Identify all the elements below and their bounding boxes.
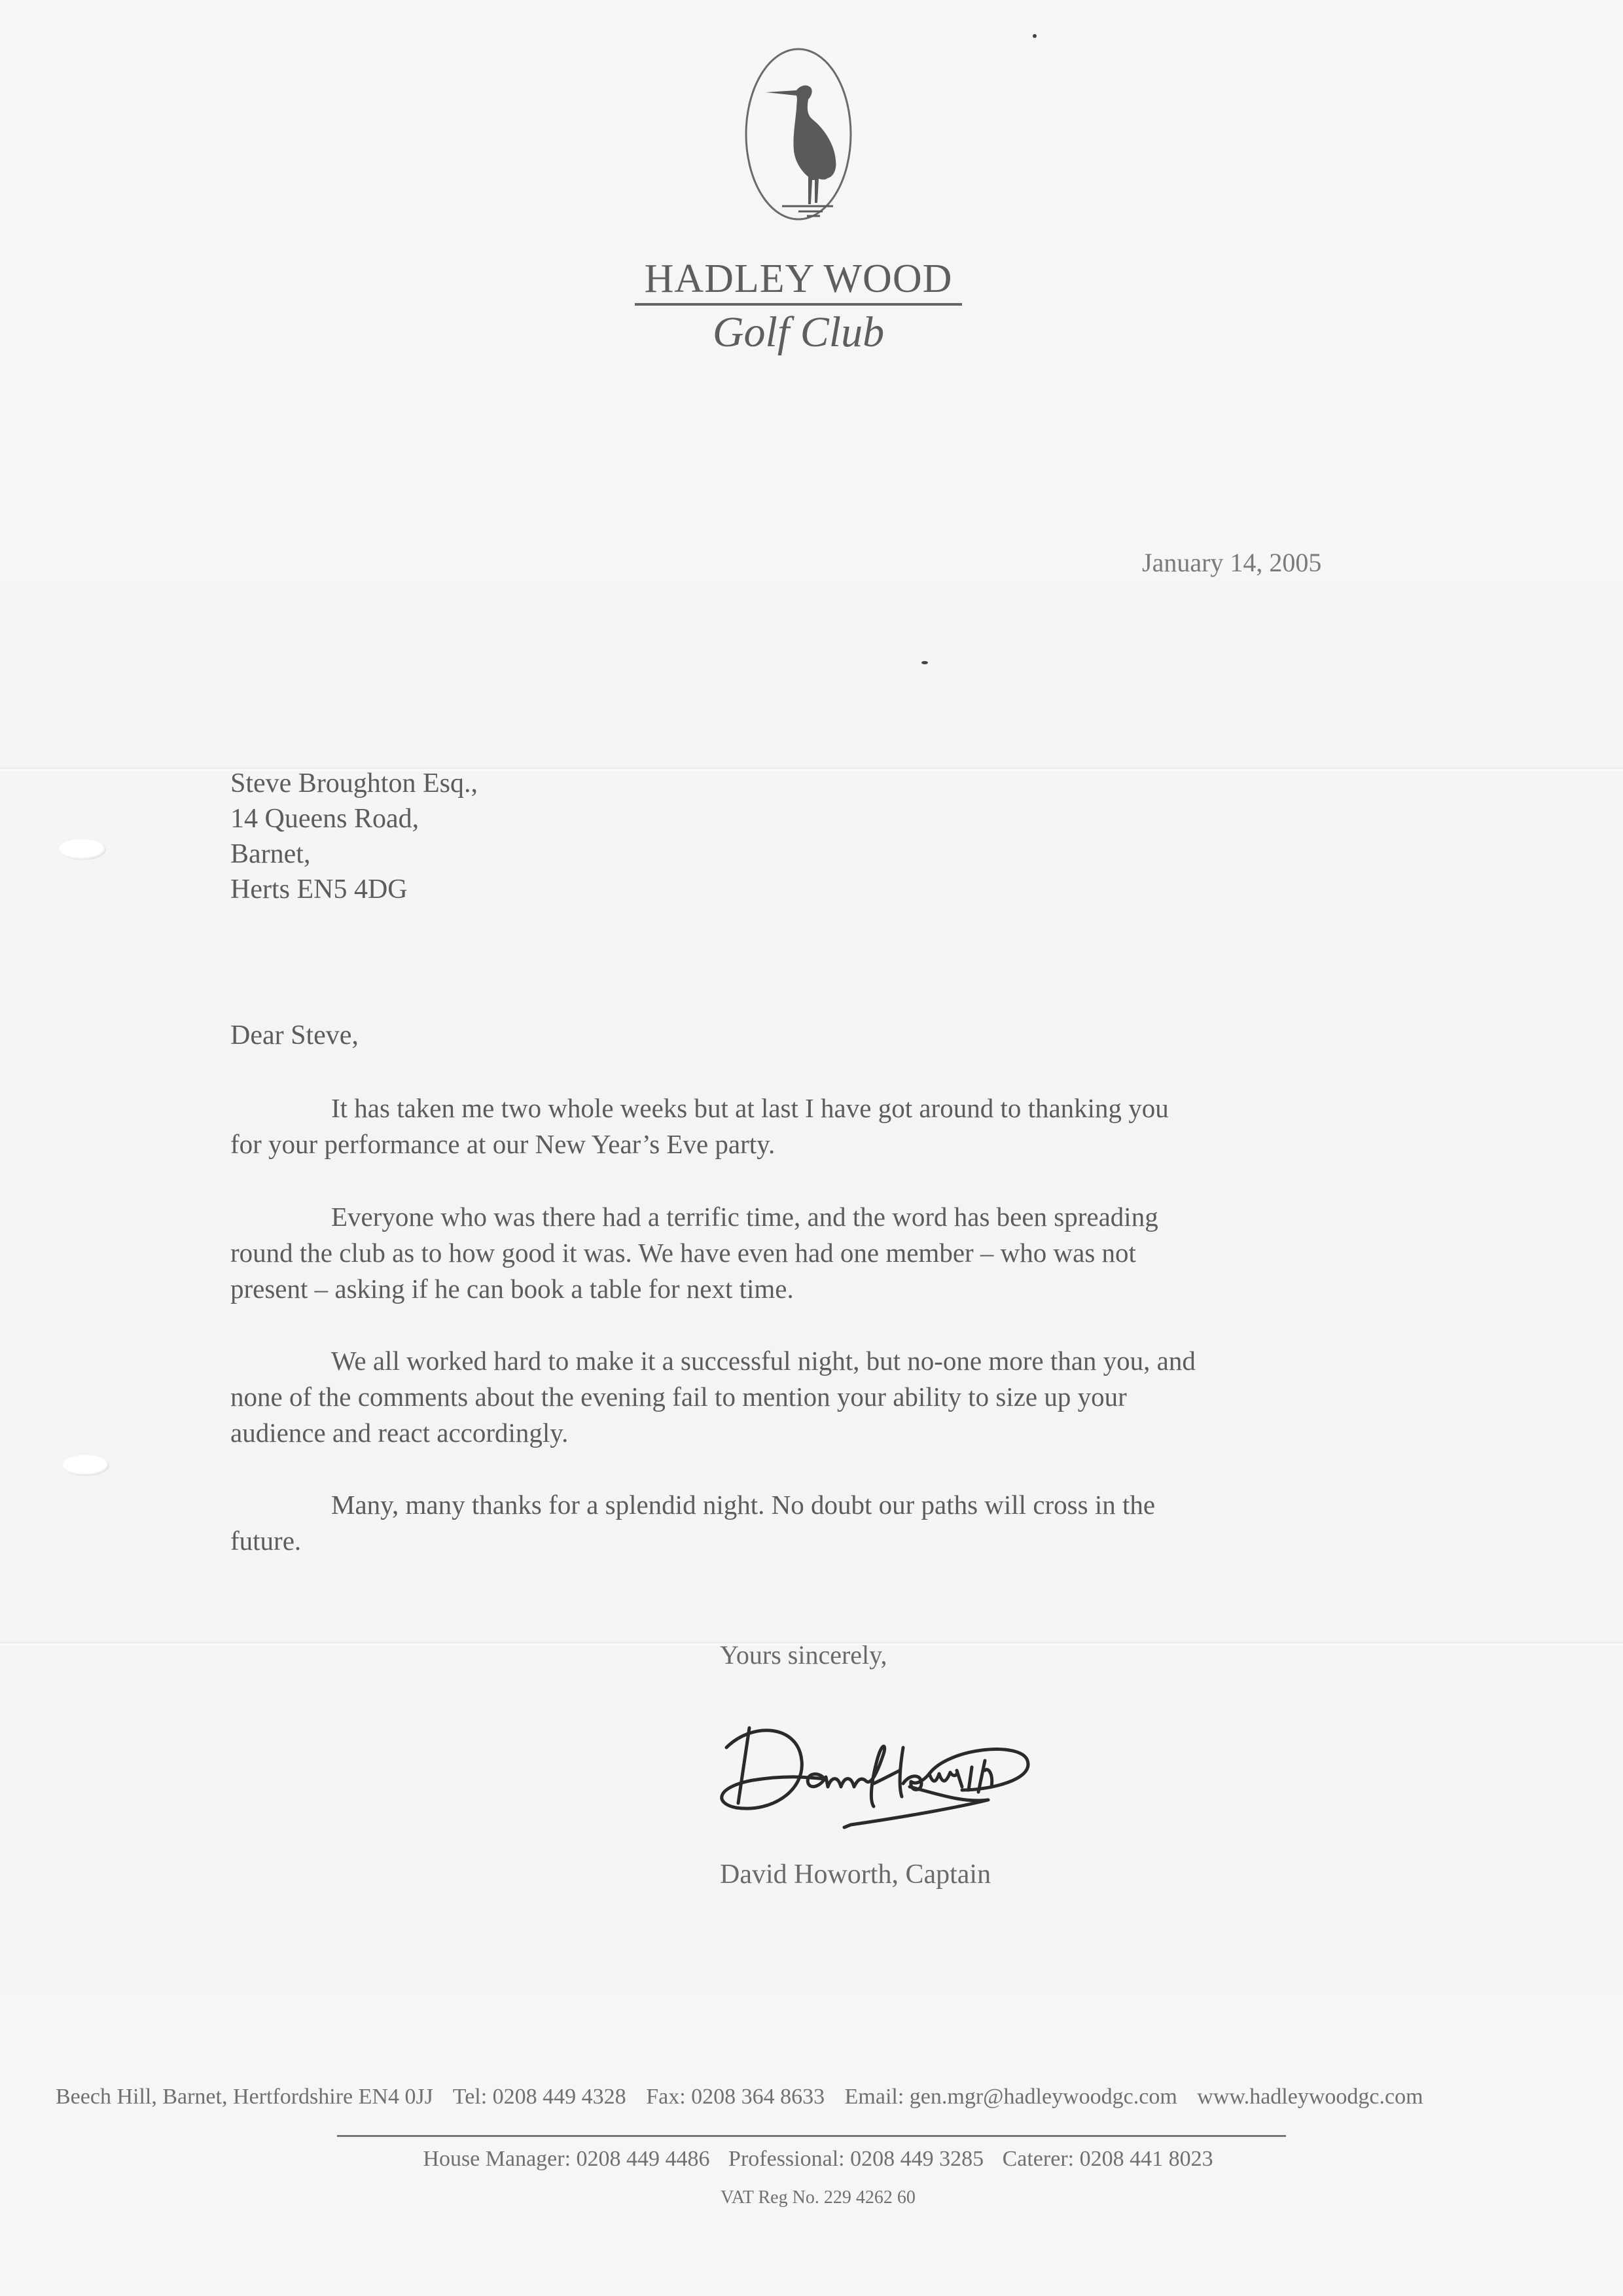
punch-hole — [59, 839, 106, 860]
footer-email: Email: gen.mgr@hadleywoodgc.com — [845, 2085, 1177, 2109]
paragraph-2: Everyone who was there had a terrific ti… — [230, 1199, 1330, 1307]
paragraph-3: We all worked hard to make it a successf… — [230, 1343, 1330, 1451]
punch-hole — [62, 1455, 109, 1476]
handwritten-signature-icon — [713, 1708, 1080, 1839]
footer-address: Beech Hill, Barnet, Hertfordshire EN4 0J… — [56, 2085, 433, 2109]
paragraph-line: We all worked hard to make it a successf… — [230, 1343, 1330, 1379]
paragraph-line: round the club as to how good it was. We… — [230, 1235, 1330, 1271]
footer-fax: Fax: 0208 364 8633 — [646, 2085, 825, 2109]
footer-tel: Tel: 0208 449 4328 — [453, 2085, 626, 2109]
paragraph-line: future. — [230, 1523, 1330, 1559]
footer-professional: Professional: 0208 449 3285 — [728, 2147, 984, 2171]
address-line: Barnet, — [230, 836, 478, 872]
letter-page: HADLEY WOOD Golf Club January 14, 2005 S… — [0, 0, 1623, 2296]
footer-vat: VAT Reg No. 229 4262 60 — [360, 2187, 1276, 2208]
paragraph-line: none of the comments about the evening f… — [230, 1379, 1330, 1415]
paragraph-1: It has taken me two whole weeks but at l… — [230, 1090, 1330, 1162]
heron-in-oval-icon — [743, 46, 854, 223]
signatory-name: David Howorth, Captain — [720, 1859, 991, 1890]
paragraph-line: audience and react accordingly. — [230, 1415, 1330, 1451]
footer-divider — [337, 2135, 1286, 2137]
club-name: HADLEY WOOD — [635, 259, 962, 306]
paragraph-4: Many, many thanks for a splendid night. … — [230, 1487, 1330, 1559]
address-line: Steve Broughton Esq., — [230, 766, 478, 801]
closing: Yours sincerely, — [720, 1640, 887, 1670]
club-subtitle: Golf Club — [687, 311, 910, 354]
paragraph-line: Many, many thanks for a splendid night. … — [230, 1487, 1330, 1523]
footer-caterer: Caterer: 0208 441 8023 — [1003, 2147, 1213, 2171]
footer-phone-line: House Manager: 0208 449 4486 Professiona… — [360, 2147, 1276, 2172]
paragraph-line: It has taken me two whole weeks but at l… — [230, 1090, 1330, 1126]
address-line: Herts EN5 4DG — [230, 872, 478, 907]
footer-house-manager: House Manager: 0208 449 4486 — [423, 2147, 709, 2171]
paragraph-line: present – asking if he can book a table … — [230, 1271, 1330, 1307]
footer-website: www.hadleywoodgc.com — [1197, 2085, 1423, 2109]
paragraph-line: for your performance at our New Year’s E… — [230, 1126, 1330, 1162]
salutation: Dear Steve, — [230, 1020, 359, 1051]
letter-date: January 14, 2005 — [1142, 547, 1321, 578]
address-line: 14 Queens Road, — [230, 801, 478, 836]
recipient-address: Steve Broughton Esq., 14 Queens Road, Ba… — [230, 766, 478, 907]
paragraph-line: Everyone who was there had a terrific ti… — [230, 1199, 1330, 1235]
scan-speck — [1033, 34, 1037, 38]
scan-speck — [921, 661, 928, 664]
footer-contact-line: Beech Hill, Barnet, Hertfordshire EN4 0J… — [56, 2085, 1574, 2109]
